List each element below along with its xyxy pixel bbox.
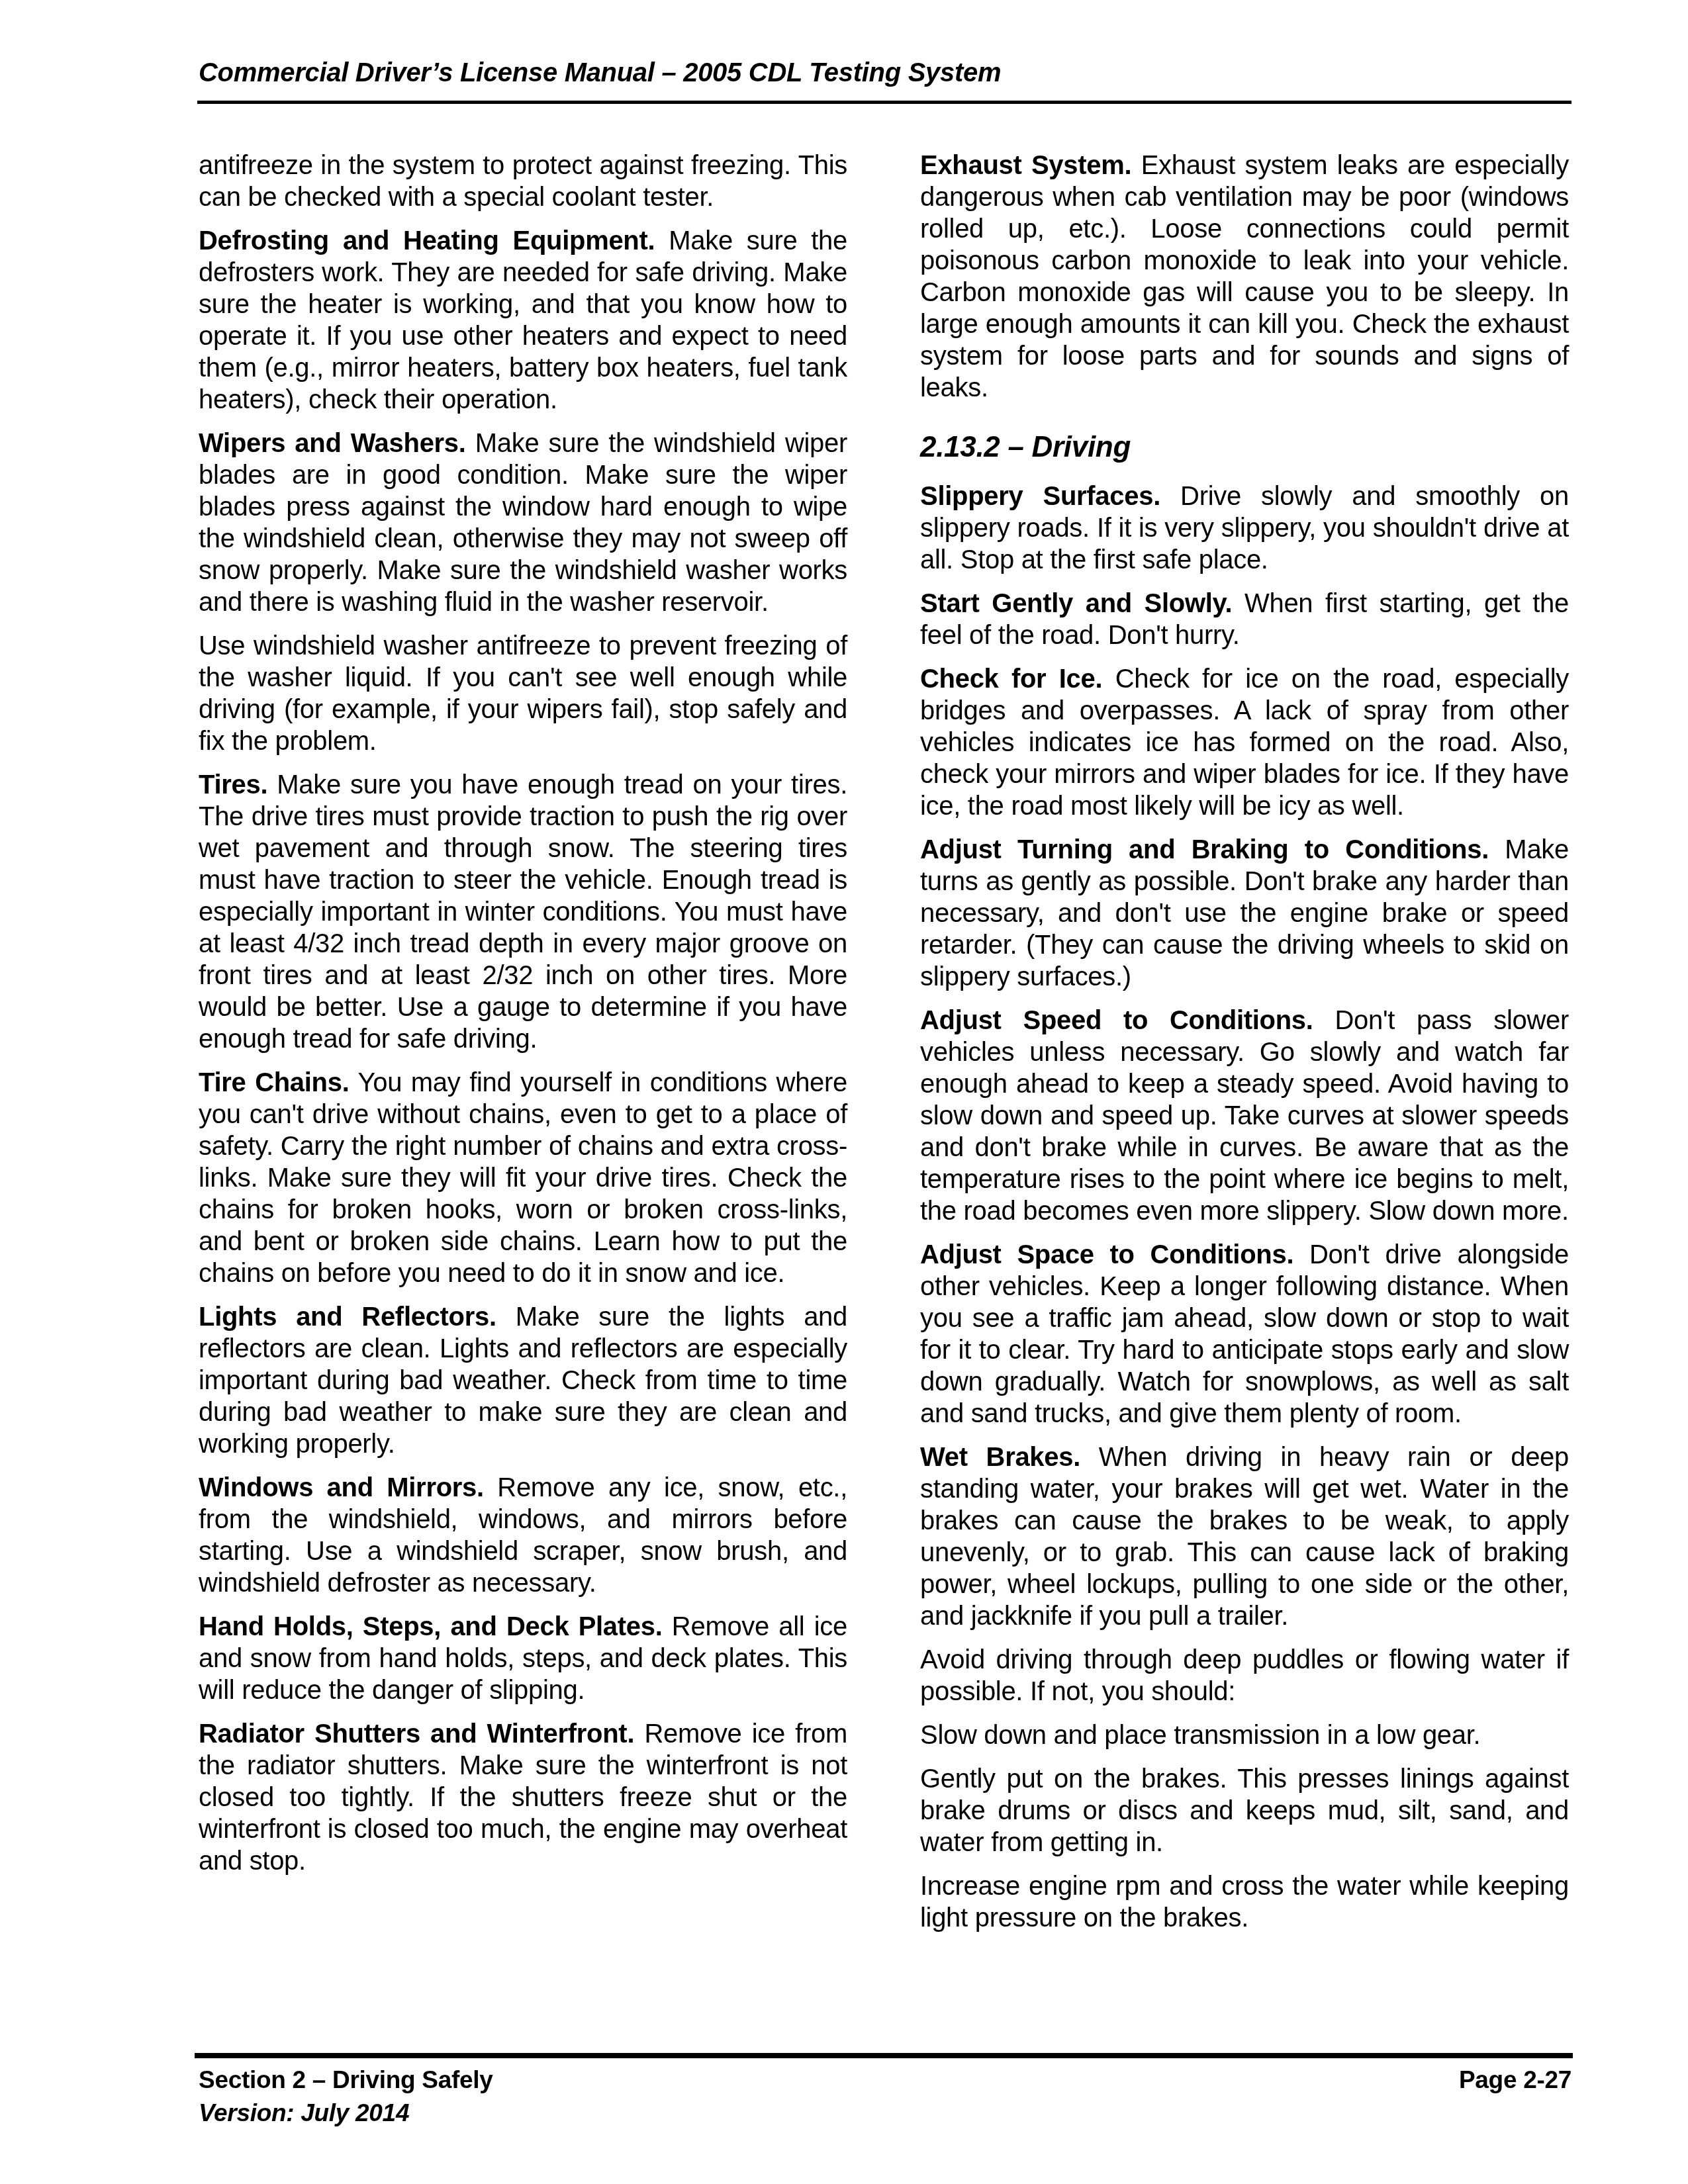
paragraph-tire-chains: Tire Chains. You may find yourself in co… xyxy=(199,1067,847,1289)
paragraph-check-for-ice: Check for Ice. Check for ice on the road… xyxy=(920,663,1569,822)
paragraph-tires: Tires. Make sure you have enough tread o… xyxy=(199,769,847,1055)
paragraph-hand-holds-steps-deck-plates: Hand Holds, Steps, and Deck Plates. Remo… xyxy=(199,1611,847,1706)
two-column-body: antifreeze in the system to protect agai… xyxy=(199,150,1569,1946)
paragraph-wet-brakes: Wet Brakes. When driving in heavy rain o… xyxy=(920,1441,1569,1632)
paragraph-slow-down-low-gear: Slow down and place transmission in a lo… xyxy=(920,1719,1569,1751)
paragraph-radiator-shutters-winterfront: Radiator Shutters and Winterfront. Remov… xyxy=(199,1718,847,1877)
paragraph-gently-put-on-brakes: Gently put on the brakes. This presses l… xyxy=(920,1763,1569,1858)
paragraph-wipers-washers: Wipers and Washers. Make sure the windsh… xyxy=(199,428,847,618)
right-column: Exhaust System. Exhaust system leaks are… xyxy=(920,150,1569,1946)
paragraph-adjust-space: Adjust Space to Conditions. Don't drive … xyxy=(920,1239,1569,1430)
footer-page-number: Page 2-27 xyxy=(1459,2066,1571,2094)
paragraph-slippery-surfaces: Slippery Surfaces. Drive slowly and smoo… xyxy=(920,480,1569,576)
paragraph-washer-antifreeze: Use windshield washer antifreeze to prev… xyxy=(199,630,847,757)
paragraph-avoid-puddles: Avoid driving through deep puddles or fl… xyxy=(920,1644,1569,1707)
manual-page: Commercial Driver’s License Manual – 200… xyxy=(0,0,1688,2184)
header-rule xyxy=(197,101,1571,104)
section-heading-driving: 2.13.2 – Driving xyxy=(920,430,1569,465)
paragraph-lights-reflectors: Lights and Reflectors. Make sure the lig… xyxy=(199,1301,847,1460)
left-column: antifreeze in the system to protect agai… xyxy=(199,150,847,1946)
page-header-title: Commercial Driver’s License Manual – 200… xyxy=(199,58,1569,88)
paragraph-defrosting-heating-equipment: Defrosting and Heating Equipment. Make s… xyxy=(199,225,847,416)
footer-rule xyxy=(195,2053,1573,2058)
footer-section-label: Section 2 – Driving Safely xyxy=(199,2066,493,2094)
paragraph-start-gently-slowly: Start Gently and Slowly. When first star… xyxy=(920,588,1569,651)
paragraph-adjust-speed: Adjust Speed to Conditions. Don't pass s… xyxy=(920,1005,1569,1227)
paragraph-adjust-turning-braking: Adjust Turning and Braking to Conditions… xyxy=(920,834,1569,993)
paragraph-antifreeze-continuation: antifreeze in the system to protect agai… xyxy=(199,150,847,213)
footer-version-label: Version: July 2014 xyxy=(199,2099,409,2127)
paragraph-exhaust-system: Exhaust System. Exhaust system leaks are… xyxy=(920,150,1569,404)
paragraph-windows-mirrors: Windows and Mirrors. Remove any ice, sno… xyxy=(199,1472,847,1599)
paragraph-increase-engine-rpm: Increase engine rpm and cross the water … xyxy=(920,1870,1569,1934)
